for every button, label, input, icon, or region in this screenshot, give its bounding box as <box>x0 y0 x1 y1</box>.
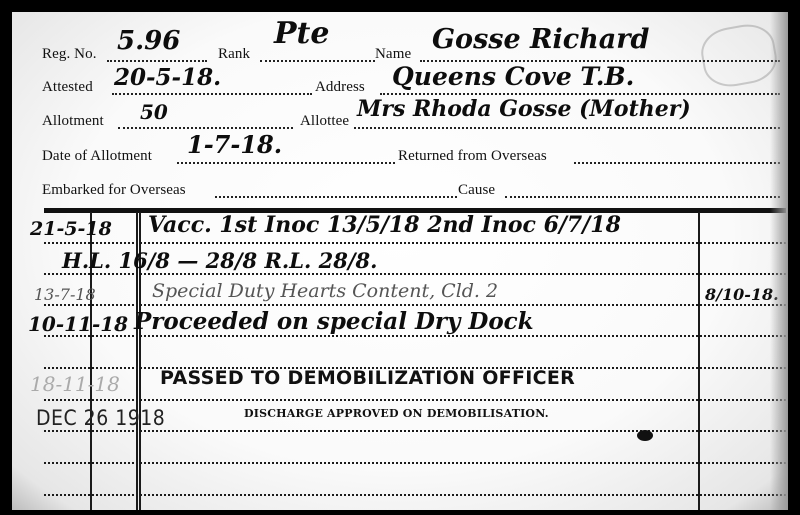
date-of-allotment-value: 1-7-18. <box>187 130 282 159</box>
allottee-label: Allottee <box>300 113 349 130</box>
allottee-dots <box>354 127 780 129</box>
name-label: Name <box>375 46 411 63</box>
entry-date: 13-7-18 <box>34 285 96 304</box>
address-label: Address <box>315 79 365 96</box>
row-line <box>44 304 786 306</box>
row-line <box>44 494 786 496</box>
column-divider-3 <box>698 212 700 510</box>
row-line <box>44 335 786 337</box>
reg-no-dots <box>107 60 207 62</box>
cause-dots <box>505 196 780 198</box>
allotment-label: Allotment <box>42 113 104 130</box>
returned-from-overseas-label: Returned from Overseas <box>398 148 547 165</box>
row-line <box>44 462 786 464</box>
entry-text: Special Duty Hearts Content, Cld. 2 <box>152 280 498 302</box>
entry-text: Proceeded on special Dry Dock <box>134 308 534 335</box>
embarked-dots <box>215 196 457 198</box>
faded-mark <box>697 20 780 91</box>
entry-date: 21-5-18 <box>30 218 112 240</box>
allotment-dots <box>118 127 293 129</box>
rank-value: Pte <box>274 16 330 51</box>
row-line <box>44 273 786 275</box>
service-record-card: Reg. No. 5.96 Rank Pte Name Gosse Richar… <box>12 12 788 510</box>
row-line <box>44 399 786 401</box>
discharge-date-stamp: DEC 26 1918 <box>36 406 165 430</box>
entry-text: Vacc. 1st Inoc 13/5/18 2nd Inoc 6/7/18 <box>148 212 621 238</box>
rank-dots <box>260 60 375 62</box>
date-of-allotment-label: Date of Allotment <box>42 148 152 165</box>
row-line <box>44 430 786 432</box>
demobilization-stamp: PASSED TO DEMOBILIZATION OFFICER <box>160 367 575 389</box>
cause-label: Cause <box>458 182 495 199</box>
address-dots <box>380 93 780 95</box>
discharge-approved-stamp: DISCHARGE APPROVED ON DEMOBILISATION. <box>244 407 549 420</box>
embarked-for-overseas-label: Embarked for Overseas <box>42 182 186 199</box>
ink-blot <box>637 430 653 441</box>
allottee-value: Mrs Rhoda Gosse (Mother) <box>357 96 691 122</box>
entry-text: H.L. 16/8 — 28/8 R.L. 28/8. <box>62 248 377 273</box>
allotment-value: 50 <box>140 100 168 124</box>
rank-label: Rank <box>218 46 250 63</box>
address-value: Queens Cove T.B. <box>392 62 634 91</box>
reg-no-value: 5.96 <box>117 26 180 56</box>
attested-label: Attested <box>42 79 93 96</box>
entry-date: 10-11-18 <box>28 312 128 336</box>
attested-dots <box>112 93 312 95</box>
attested-value: 20-5-18. <box>114 64 221 91</box>
row-line <box>44 242 786 244</box>
entry-date: 18-11-18 <box>30 372 120 396</box>
returned-from-overseas-dots <box>574 162 780 164</box>
reg-no-label: Reg. No. <box>42 46 97 63</box>
date-of-allotment-dots <box>177 162 395 164</box>
entry-right: 8/10-18. <box>705 285 779 304</box>
name-value: Gosse Richard <box>432 24 649 55</box>
